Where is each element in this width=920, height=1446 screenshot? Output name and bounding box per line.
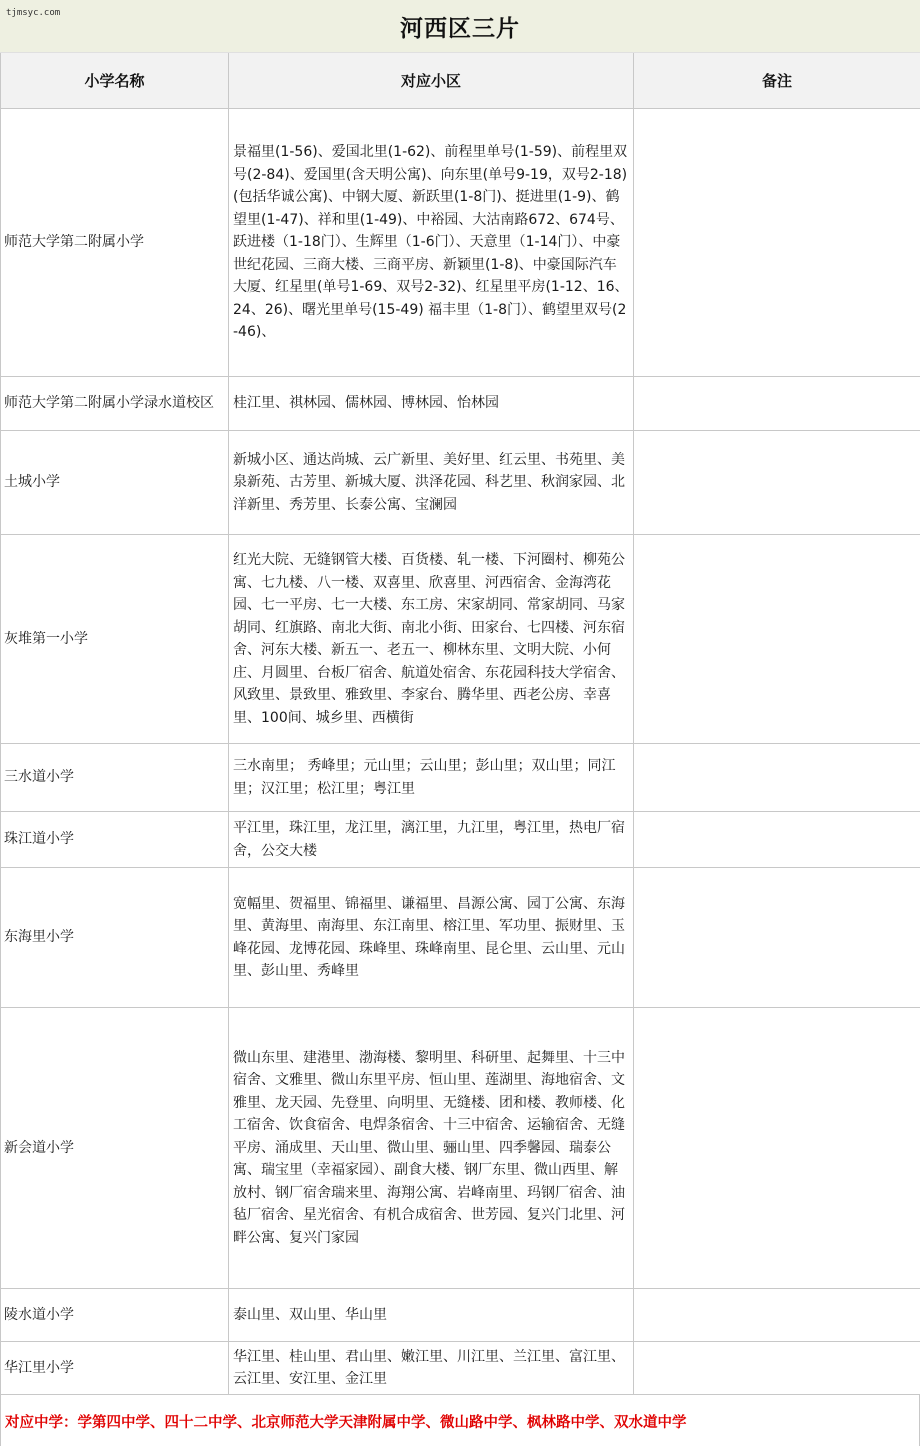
school-name: 东海里小学 (1, 868, 229, 1008)
table-row: 土城小学 新城小区、通达尚城、云广新里、美好里、红云里、书苑里、美泉新苑、古芳里… (1, 431, 920, 535)
middle-school-note: 对应中学：学第四中学、四十二中学、北京师范大学天津附属中学、微山路中学、枫林路中… (5, 1411, 687, 1432)
column-header-school: 小学名称 (1, 53, 229, 109)
school-name: 师范大学第二附属小学渌水道校区 (1, 377, 229, 431)
page-title: 河西区三片 (400, 10, 520, 43)
table-row: 华江里小学 华江里、桂山里、君山里、嫩江里、川江里、兰江里、富江里、云江里、安江… (1, 1342, 920, 1395)
note-cell (634, 109, 920, 377)
residential-areas: 平江里，珠江里，龙江里，漓江里，九江里，粤江里，热电厂宿舍，公交大楼 (229, 812, 634, 868)
table-row: 新会道小学 微山东里、建港里、渤海楼、黎明里、科研里、起舞里、十三中宿舍、文雅里… (1, 1008, 920, 1289)
table-row: 东海里小学 宽幅里、贺福里、锦福里、谦福里、昌源公寓、园丁公寓、东海里、黄海里、… (1, 868, 920, 1008)
school-name: 珠江道小学 (1, 812, 229, 868)
table-row: 陵水道小学 泰山里、双山里、华山里 (1, 1289, 920, 1342)
title-band: 河西区三片 (0, 0, 920, 53)
residential-areas: 桂江里、祺林园、儒林园、博林园、怡林园 (229, 377, 634, 431)
residential-areas: 景福里(1-56)、爱国北里(1-62)、前程里单号(1-59)、前程里双号(2… (229, 109, 634, 377)
residential-areas: 宽幅里、贺福里、锦福里、谦福里、昌源公寓、园丁公寓、东海里、黄海里、南海里、东江… (229, 868, 634, 1008)
school-name: 新会道小学 (1, 1008, 229, 1289)
school-district-table: 小学名称 对应小区 备注 师范大学第二附属小学 景福里(1-56)、爱国北里(1… (0, 53, 920, 1395)
school-name: 灰堆第一小学 (1, 535, 229, 744)
school-name: 师范大学第二附属小学 (1, 109, 229, 377)
school-name: 华江里小学 (1, 1342, 229, 1395)
table-row: 师范大学第二附属小学渌水道校区 桂江里、祺林园、儒林园、博林园、怡林园 (1, 377, 920, 431)
column-header-note: 备注 (634, 53, 920, 109)
school-name: 陵水道小学 (1, 1289, 229, 1342)
school-name: 土城小学 (1, 431, 229, 535)
note-cell (634, 535, 920, 744)
residential-areas: 三水南里； 秀峰里；元山里；云山里；彭山里；双山里；同江里；汉江里；松江里；粤江… (229, 744, 634, 812)
middle-school-footer: 对应中学：学第四中学、四十二中学、北京师范大学天津附属中学、微山路中学、枫林路中… (0, 1395, 920, 1446)
residential-areas: 红光大院、无缝钢管大楼、百货楼、轧一楼、下河圈村、柳苑公寓、七九楼、八一楼、双喜… (229, 535, 634, 744)
page: tjmsyc.com 河西区三片 小学名称 对应小区 备注 师范大学第二附属小学… (0, 0, 920, 1446)
table-row: 珠江道小学 平江里，珠江里，龙江里，漓江里，九江里，粤江里，热电厂宿舍，公交大楼 (1, 812, 920, 868)
note-cell (634, 431, 920, 535)
note-cell (634, 1008, 920, 1289)
table-row: 三水道小学 三水南里； 秀峰里；元山里；云山里；彭山里；双山里；同江里；汉江里；… (1, 744, 920, 812)
note-cell (634, 744, 920, 812)
table-row: 师范大学第二附属小学 景福里(1-56)、爱国北里(1-62)、前程里单号(1-… (1, 109, 920, 377)
column-header-areas: 对应小区 (229, 53, 634, 109)
note-cell (634, 377, 920, 431)
residential-areas: 微山东里、建港里、渤海楼、黎明里、科研里、起舞里、十三中宿舍、文雅里、微山东里平… (229, 1008, 634, 1289)
residential-areas: 泰山里、双山里、华山里 (229, 1289, 634, 1342)
table-row: 灰堆第一小学 红光大院、无缝钢管大楼、百货楼、轧一楼、下河圈村、柳苑公寓、七九楼… (1, 535, 920, 744)
school-name: 三水道小学 (1, 744, 229, 812)
residential-areas: 新城小区、通达尚城、云广新里、美好里、红云里、书苑里、美泉新苑、古芳里、新城大厦… (229, 431, 634, 535)
note-cell (634, 812, 920, 868)
note-cell (634, 1342, 920, 1395)
watermark: tjmsyc.com (6, 8, 60, 18)
note-cell (634, 1289, 920, 1342)
residential-areas: 华江里、桂山里、君山里、嫩江里、川江里、兰江里、富江里、云江里、安江里、金江里 (229, 1342, 634, 1395)
note-cell (634, 868, 920, 1008)
table-header-row: 小学名称 对应小区 备注 (1, 53, 920, 109)
